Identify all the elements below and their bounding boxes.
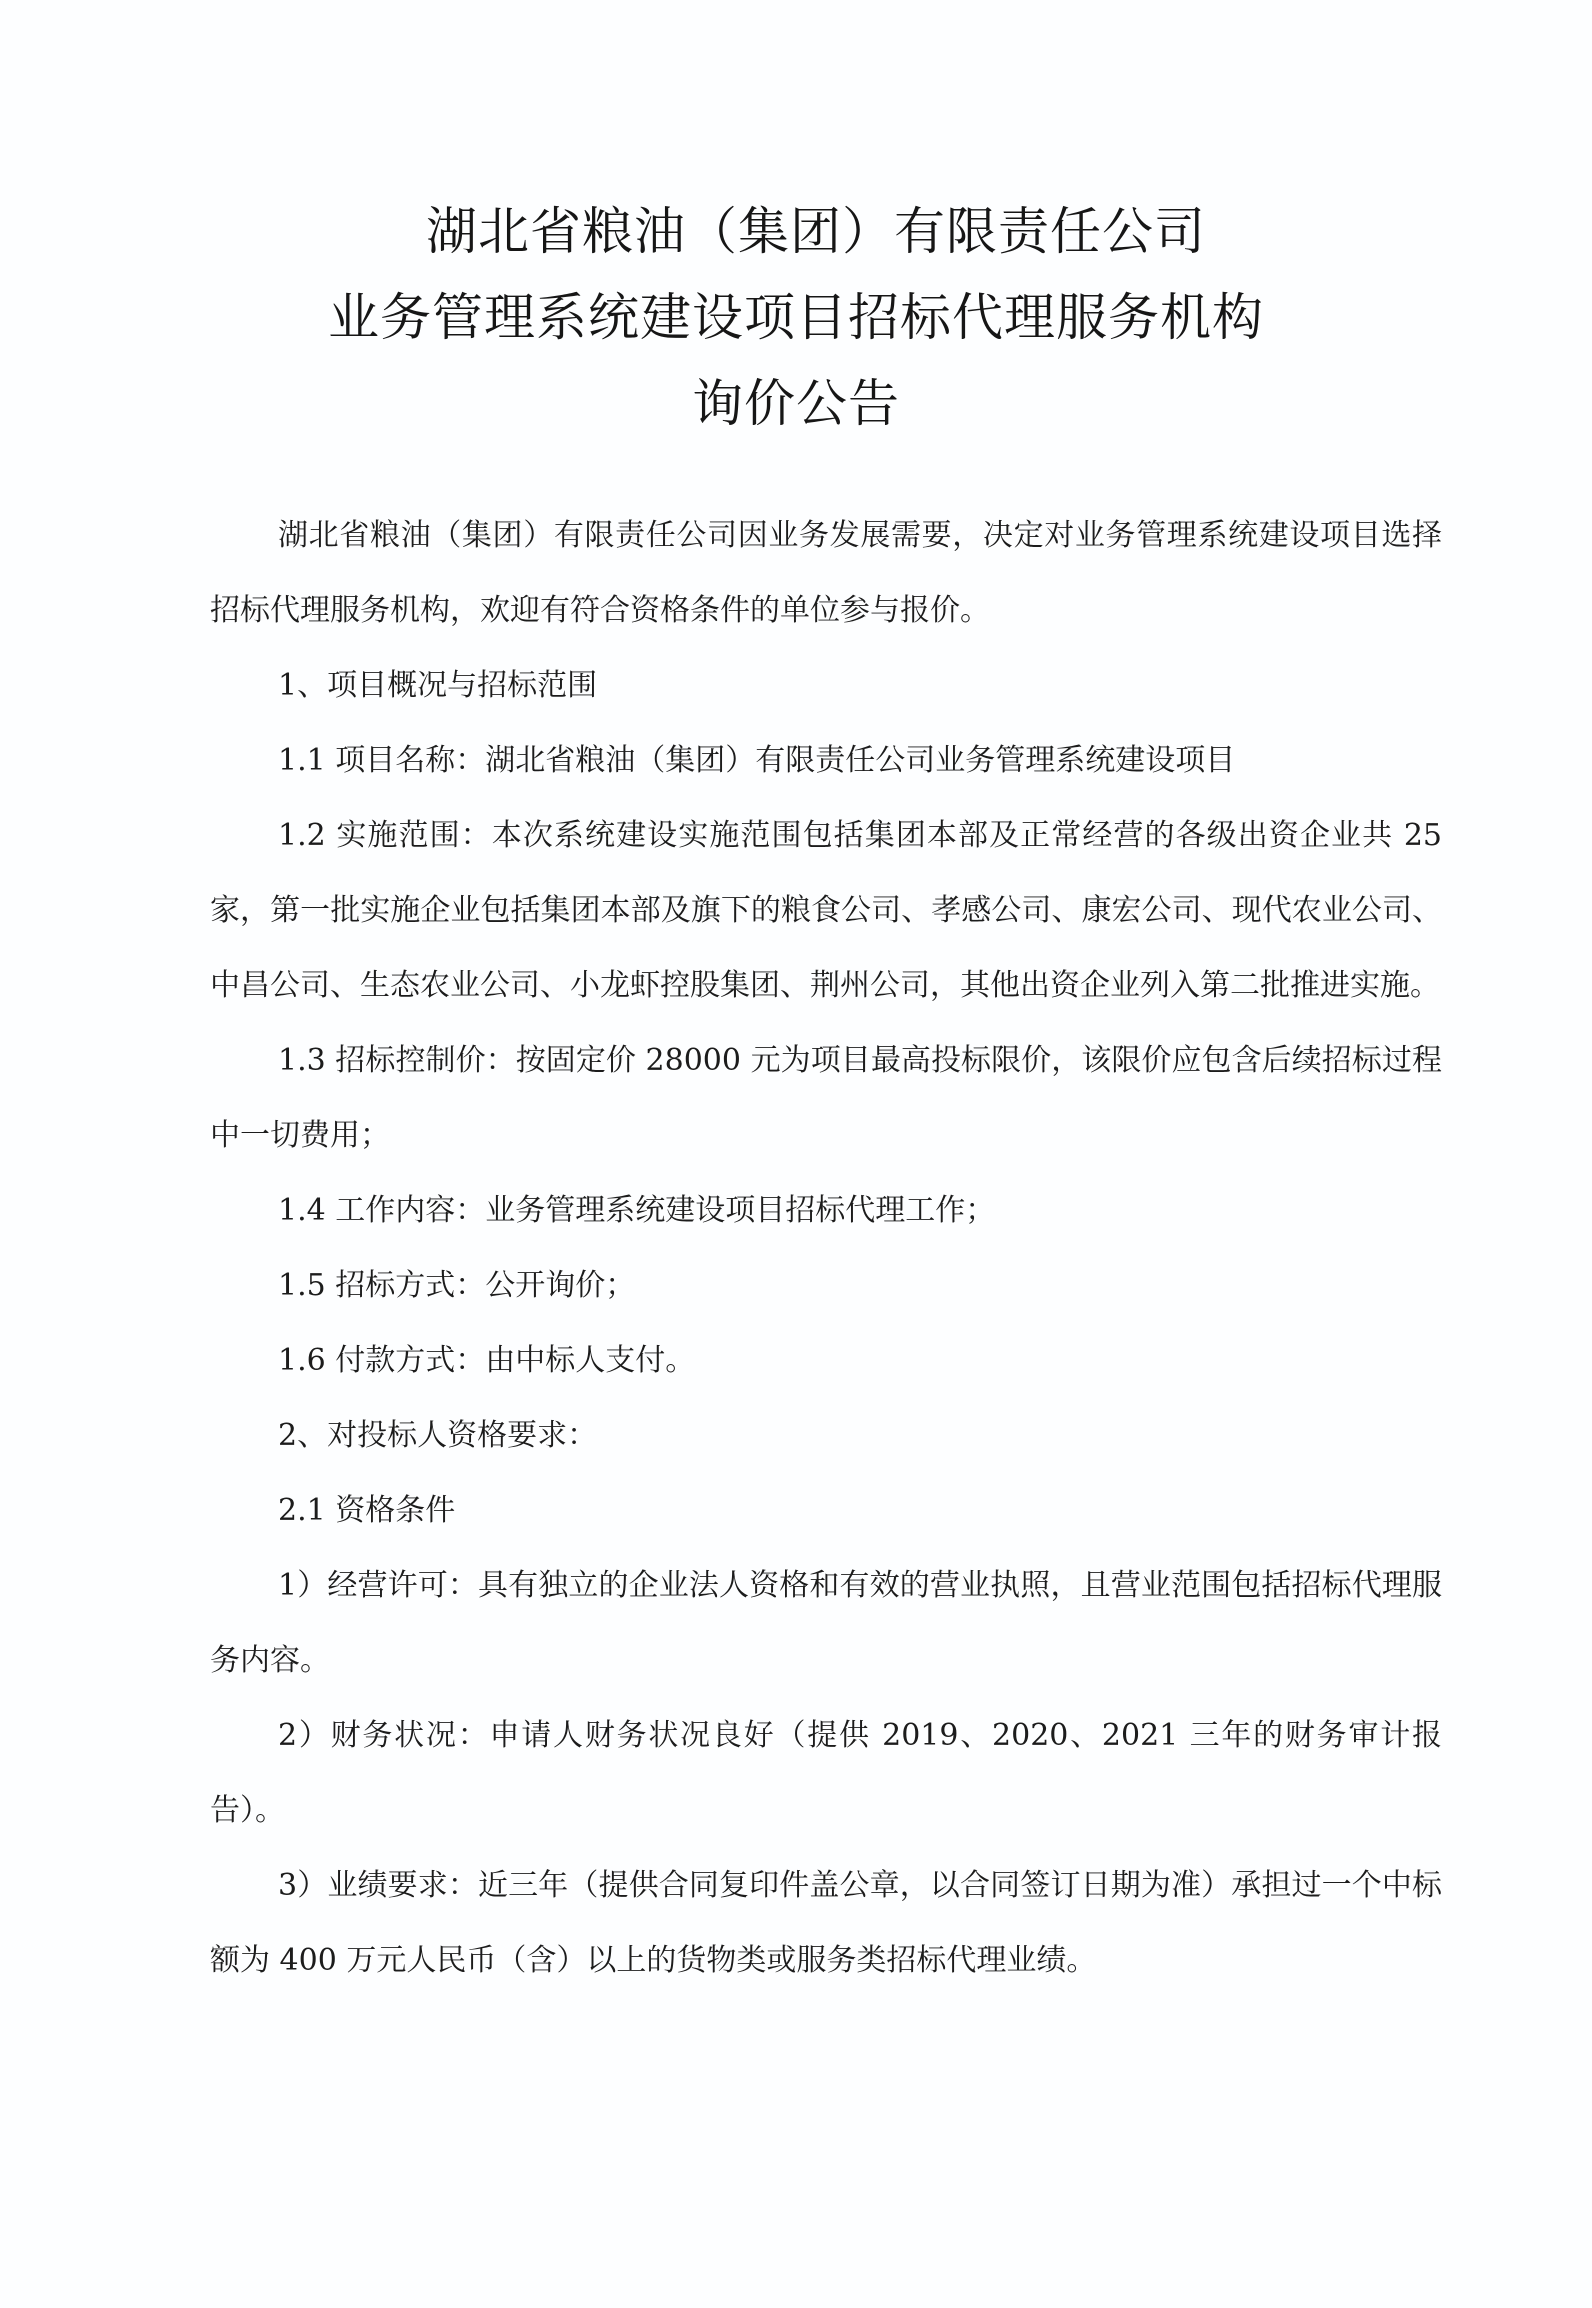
item-1-6-payment-method: 1.6 付款方式：由中标人支付。 <box>210 1323 1442 1398</box>
item-1-1-project-name: 1.1 项目名称：湖北省粮油（集团）有限责任公司业务管理系统建设项目 <box>210 723 1442 798</box>
requirement-performance: 3）业绩要求：近三年（提供合同复印件盖公章，以合同签订日期为准）承担过一个中标额… <box>210 1848 1442 1998</box>
item-1-2-scope: 1.2 实施范围：本次系统建设实施范围包括集团本部及正常经营的各级出资企业共 2… <box>210 798 1442 1023</box>
section-1-heading: 1、项目概况与招标范围 <box>210 648 1442 723</box>
item-1-3-control-price: 1.3 招标控制价：按固定价 28000 元为项目最高投标限价，该限价应包含后续… <box>210 1023 1442 1173</box>
requirement-financial-status: 2）财务状况：申请人财务状况良好（提供 2019、2020、2021 三年的财务… <box>210 1698 1442 1848</box>
document-title: 湖北省粮油（集团）有限责任公司 业务管理系统建设项目招标代理服务机构 询价公告 <box>0 190 1592 448</box>
section-2-1-subheading: 2.1 资格条件 <box>210 1473 1442 1548</box>
item-1-5-bidding-method: 1.5 招标方式：公开询价； <box>210 1248 1442 1323</box>
title-line-notice: 询价公告 <box>0 362 1592 448</box>
section-2-heading: 2、对投标人资格要求： <box>210 1398 1442 1473</box>
document-body: 湖北省粮油（集团）有限责任公司因业务发展需要，决定对业务管理系统建设项目选择招标… <box>210 498 1442 1998</box>
requirement-business-license: 1）经营许可：具有独立的企业法人资格和有效的营业执照，且营业范围包括招标代理服务… <box>210 1548 1442 1698</box>
title-line-project: 业务管理系统建设项目招标代理服务机构 <box>0 276 1592 362</box>
intro-paragraph: 湖北省粮油（集团）有限责任公司因业务发展需要，决定对业务管理系统建设项目选择招标… <box>210 498 1442 648</box>
document-page: 湖北省粮油（集团）有限责任公司 业务管理系统建设项目招标代理服务机构 询价公告 … <box>0 0 1592 2308</box>
item-1-4-work-content: 1.4 工作内容：业务管理系统建设项目招标代理工作； <box>210 1173 1442 1248</box>
title-line-company: 湖北省粮油（集团）有限责任公司 <box>0 190 1592 276</box>
